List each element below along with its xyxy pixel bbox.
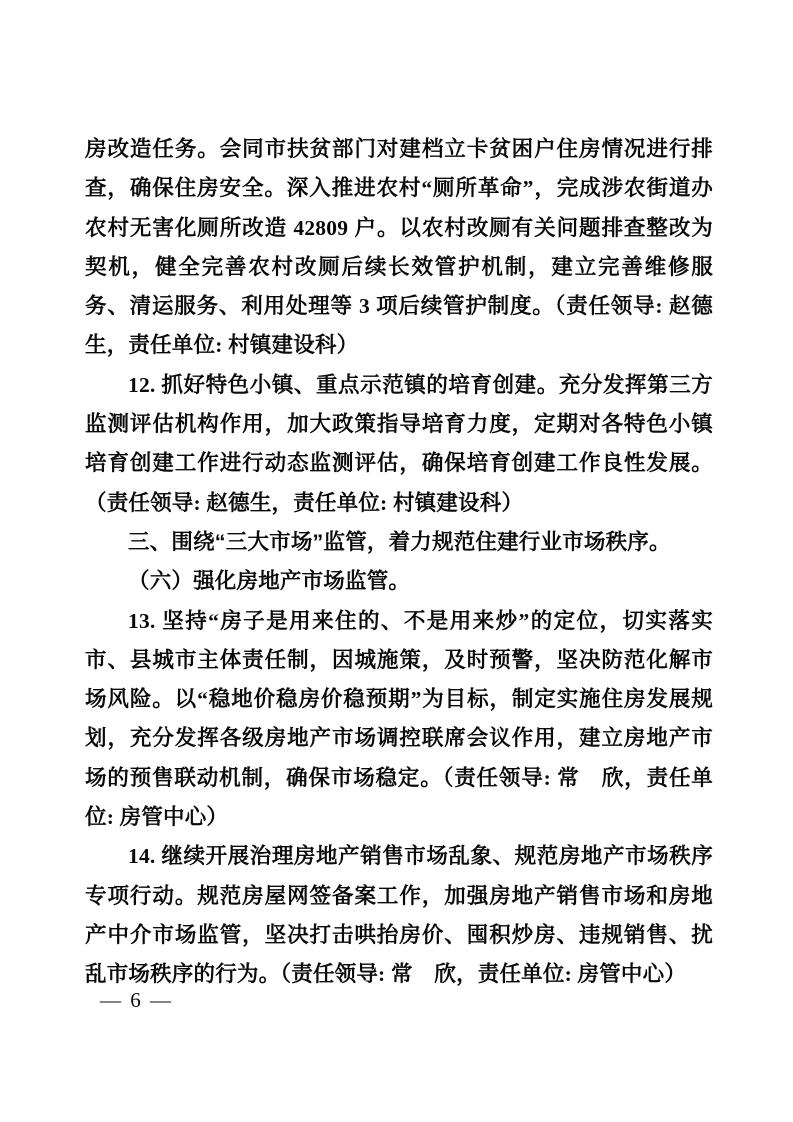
subsection-heading-six: （六）强化房地产市场监管。 [85,562,713,601]
document-body: 房改造任务。会同市扶贫部门对建档立卡贫困户住房情况进行排查，确保住房安全。深入推… [85,130,713,995]
paragraph-item-13: 13. 坚持“房子是用来住的、不是用来炒”的定位，切实落实市、县城市主体责任制，… [85,602,713,838]
paragraph-continuation: 房改造任务。会同市扶贫部门对建档立卡贫困户住房情况进行排查，确保住房安全。深入推… [85,130,713,366]
document-page: 房改造任务。会同市扶贫部门对建档立卡贫困户住房情况进行排查，确保住房安全。深入推… [0,0,793,1122]
paragraph-item-12: 12. 抓好特色小镇、重点示范镇的培育创建。充分发挥第三方监测评估机构作用，加大… [85,366,713,523]
paragraph-item-14: 14. 继续开展治理房地产销售市场乱象、规范房地产市场秩序专项行动。规范房屋网签… [85,837,713,994]
section-heading-three: 三、围绕“三大市场”监管，着力规范住建行业市场秩序。 [85,523,713,562]
page-number: — 6 — [100,988,173,1013]
